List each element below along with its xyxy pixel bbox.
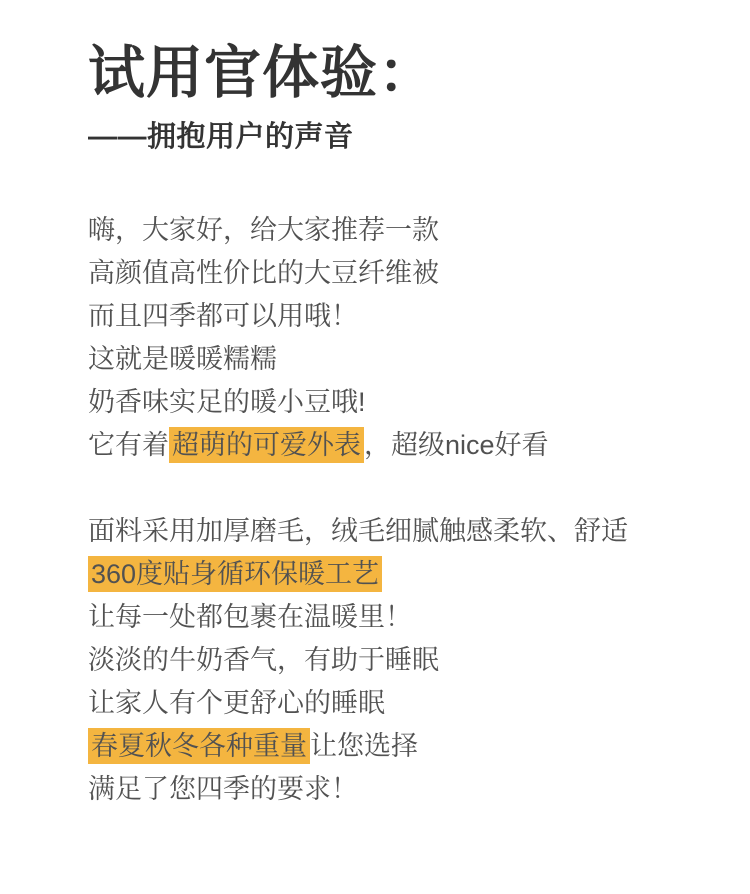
page-subtitle: ——拥抱用户的声音 xyxy=(88,119,710,155)
plain-text: 而且四季都可以用哦！ xyxy=(88,301,358,331)
plain-text: 它有着 xyxy=(88,430,169,460)
plain-text: 满足了您四季的要求！ xyxy=(88,774,358,804)
highlighted-text: 360度贴身循环保暖工艺 xyxy=(88,556,382,592)
text-line: 360度贴身循环保暖工艺 xyxy=(88,553,710,596)
text-line: 春夏秋冬各种重量让您选择 xyxy=(88,725,710,768)
text-line: 而且四季都可以用哦！ xyxy=(88,295,710,338)
plain-text: ，超级nice好看 xyxy=(364,430,549,460)
text-line: 面料采用加厚磨毛，绒毛细腻触感柔软、舒适 xyxy=(88,510,710,553)
plain-text: 让家人有个更舒心的睡眠 xyxy=(88,688,385,718)
plain-text: 嗨，大家好，给大家推荐一款 xyxy=(88,215,439,245)
plain-text: 这就是暖暖糯糯 xyxy=(88,344,277,374)
highlighted-text: 超萌的可爱外表 xyxy=(169,427,364,463)
plain-text: 奶香味实足的暖小豆哦! xyxy=(88,387,366,417)
text-line: 这就是暖暖糯糯 xyxy=(88,338,710,381)
text-line: 它有着超萌的可爱外表，超级nice好看 xyxy=(88,424,710,467)
text-line: 让每一处都包裹在温暖里！ xyxy=(88,596,710,639)
plain-text: 让您选择 xyxy=(310,731,418,761)
features-paragraph: 面料采用加厚磨毛，绒毛细腻触感柔软、舒适360度贴身循环保暖工艺让每一处都包裹在… xyxy=(88,510,710,811)
intro-paragraph: 嗨，大家好，给大家推荐一款高颜值高性价比的大豆纤维被而且四季都可以用哦！这就是暖… xyxy=(88,209,710,467)
plain-text: 面料采用加厚磨毛，绒毛细腻触感柔软、舒适 xyxy=(88,516,628,546)
text-line: 让家人有个更舒心的睡眠 xyxy=(88,682,710,725)
highlighted-text: 春夏秋冬各种重量 xyxy=(88,728,310,764)
text-line: 嗨，大家好，给大家推荐一款 xyxy=(88,209,710,252)
plain-text: 让每一处都包裹在温暖里！ xyxy=(88,602,412,632)
text-line: 高颜值高性价比的大豆纤维被 xyxy=(88,252,710,295)
page-title: 试用官体验： xyxy=(88,40,710,107)
plain-text: 高颜值高性价比的大豆纤维被 xyxy=(88,258,439,288)
text-line: 奶香味实足的暖小豆哦! xyxy=(88,381,710,424)
plain-text: 淡淡的牛奶香气，有助于睡眠 xyxy=(88,645,439,675)
text-line: 满足了您四季的要求！ xyxy=(88,768,710,811)
product-description-section: 试用官体验： ——拥抱用户的声音 嗨，大家好，给大家推荐一款高颜值高性价比的大豆… xyxy=(0,0,750,811)
text-line: 淡淡的牛奶香气，有助于睡眠 xyxy=(88,639,710,682)
paragraphs: 嗨，大家好，给大家推荐一款高颜值高性价比的大豆纤维被而且四季都可以用哦！这就是暖… xyxy=(88,209,710,811)
